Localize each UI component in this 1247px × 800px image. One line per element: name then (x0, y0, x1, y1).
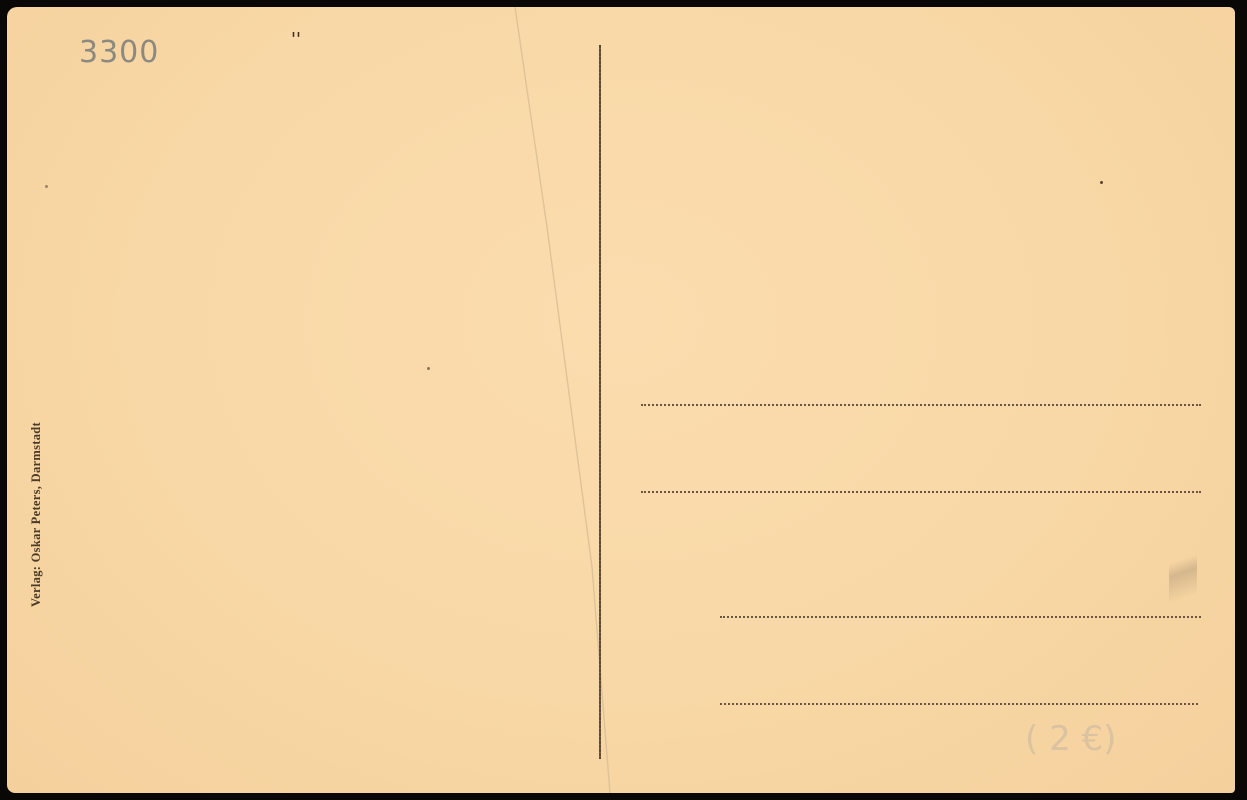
paper-crease (7, 7, 1235, 793)
paper-speck (45, 185, 48, 188)
address-line-1 (641, 404, 1201, 406)
address-line-3 (720, 616, 1201, 618)
pencil-note: 3300 (79, 35, 159, 70)
stamp-residue (1169, 537, 1197, 617)
postcard: 3300 '' Verlag: Oskar Peters, Darmstadt … (7, 7, 1235, 793)
address-line-2 (641, 491, 1201, 493)
paper-speck (1100, 181, 1103, 184)
faint-pencil-note: ( 2 €) (1025, 719, 1116, 759)
ditto-marks: '' (291, 29, 301, 50)
publisher-imprint: Verlag: Oskar Peters, Darmstadt (29, 422, 44, 607)
paper-speck (427, 367, 430, 370)
center-divider-line (599, 45, 601, 759)
address-line-4 (720, 703, 1198, 705)
